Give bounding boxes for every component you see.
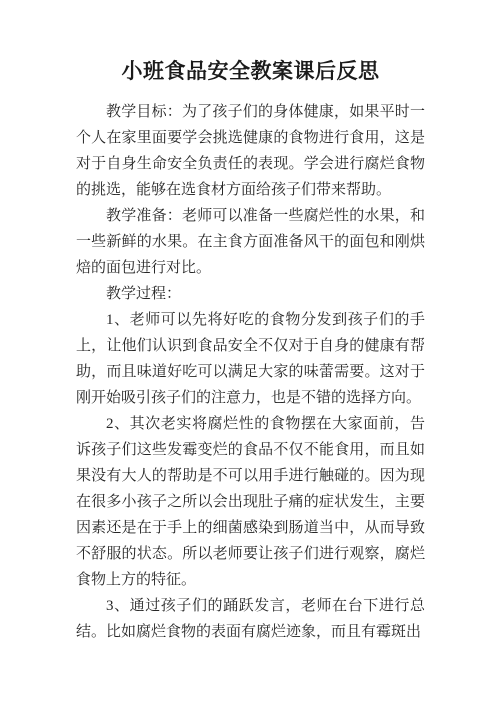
document-title: 小班食品安全教案课后反思 xyxy=(76,58,425,86)
document-page: 小班食品安全教案课后反思 教学目标：为了孩子们的身体健康，如果平时一个人在家里面… xyxy=(0,0,500,707)
paragraph-step-3: 3、通过孩子们的踊跃发言，老师在台下进行总结。比如腐烂食物的表面有腐烂迹象，而且… xyxy=(76,593,425,645)
document-body: 教学目标：为了孩子们的身体健康，如果平时一个人在家里面要学会挑选健康的食物进行食… xyxy=(76,99,425,645)
paragraph-teaching-process-heading: 教学过程： xyxy=(76,281,425,307)
paragraph-step-2: 2、其次老实将腐烂性的食物摆在大家面前，告诉孩子们这些发霉变烂的食品不仅不能食用… xyxy=(76,411,425,593)
document-viewport: { "page": { "background_color": "#ffffff… xyxy=(0,0,500,707)
paragraph-teaching-goals: 教学目标：为了孩子们的身体健康，如果平时一个人在家里面要学会挑选健康的食物进行食… xyxy=(76,99,425,203)
paragraph-teaching-preparation: 教学准备：老师可以准备一些腐烂性的水果，和一些新鲜的水果。在主食方面准备风干的面… xyxy=(76,203,425,281)
paragraph-step-1: 1、老师可以先将好吃的食物分发到孩子们的手上，让他们认识到食品安全不仅对于自身的… xyxy=(76,307,425,411)
